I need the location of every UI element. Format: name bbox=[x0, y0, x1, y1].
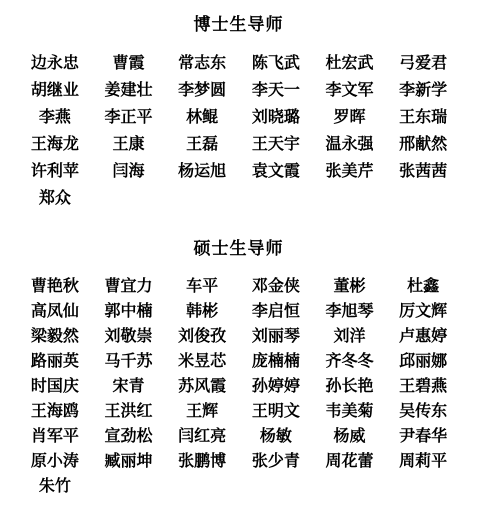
empty-cell bbox=[165, 185, 239, 212]
empty-cell bbox=[386, 474, 460, 499]
name-cell: 李正平 bbox=[92, 104, 166, 131]
name-cell: 刘晓璐 bbox=[239, 104, 313, 131]
name-cell: 孙长艳 bbox=[313, 374, 387, 399]
name-cell: 杨敏 bbox=[239, 424, 313, 449]
name-cell: 王康 bbox=[92, 131, 166, 158]
name-cell: 刘丽琴 bbox=[239, 324, 313, 349]
empty-cell bbox=[165, 474, 239, 499]
name-cell: 马千苏 bbox=[92, 349, 166, 374]
name-cell: 张少青 bbox=[239, 449, 313, 474]
name-cell: 闫海 bbox=[92, 158, 166, 185]
name-cell: 肖军平 bbox=[18, 424, 92, 449]
name-cell: 董彬 bbox=[313, 274, 387, 299]
name-cell: 尹春华 bbox=[386, 424, 460, 449]
name-cell: 闫红亮 bbox=[165, 424, 239, 449]
name-cell: 庞楠楠 bbox=[239, 349, 313, 374]
name-cell: 王碧燕 bbox=[386, 374, 460, 399]
name-cell: 时国庆 bbox=[18, 374, 92, 399]
name-cell: 李燕 bbox=[18, 104, 92, 131]
name-cell: 胡继业 bbox=[18, 77, 92, 104]
name-cell: 杨运旭 bbox=[165, 158, 239, 185]
name-cell: 郑众 bbox=[18, 185, 92, 212]
section-master-supervisors: 硕士生导师 曹艳秋曹宜力车平邓金侠董彬杜鑫高凤仙郭中楠韩彬李启恒李旭琴厉文辉梁毅… bbox=[0, 239, 477, 499]
empty-cell bbox=[239, 474, 313, 499]
name-cell: 常志东 bbox=[165, 50, 239, 77]
name-cell: 车平 bbox=[165, 274, 239, 299]
name-cell: 杜鑫 bbox=[386, 274, 460, 299]
name-cell: 邱丽娜 bbox=[386, 349, 460, 374]
name-cell: 杜宏武 bbox=[313, 50, 387, 77]
name-cell: 梁毅然 bbox=[18, 324, 92, 349]
name-cell: 李新学 bbox=[386, 77, 460, 104]
names-grid-master: 曹艳秋曹宜力车平邓金侠董彬杜鑫高凤仙郭中楠韩彬李启恒李旭琴厉文辉梁毅然刘敬崇刘俊… bbox=[18, 274, 460, 499]
name-cell: 刘敬崇 bbox=[92, 324, 166, 349]
name-cell: 宋青 bbox=[92, 374, 166, 399]
name-cell: 李梦圆 bbox=[165, 77, 239, 104]
name-cell: 宣劲松 bbox=[92, 424, 166, 449]
empty-cell bbox=[386, 185, 460, 212]
name-cell: 原小涛 bbox=[18, 449, 92, 474]
document-page: 博士生导师 边永忠曹霞常志东陈飞武杜宏武弓爱君胡继业姜建壮李梦圆李天一李文军李新… bbox=[0, 0, 477, 499]
name-cell: 米昱芯 bbox=[165, 349, 239, 374]
empty-cell bbox=[313, 185, 387, 212]
name-cell: 周莉平 bbox=[386, 449, 460, 474]
name-cell: 张鹏博 bbox=[165, 449, 239, 474]
name-cell: 曹艳秋 bbox=[18, 274, 92, 299]
name-cell: 卢惠婷 bbox=[386, 324, 460, 349]
name-cell: 王东瑞 bbox=[386, 104, 460, 131]
section-title-master: 硕士生导师 bbox=[0, 239, 477, 258]
name-cell: 张茜茜 bbox=[386, 158, 460, 185]
name-cell: 高凤仙 bbox=[18, 299, 92, 324]
name-cell: 许利苹 bbox=[18, 158, 92, 185]
name-cell: 王洪红 bbox=[92, 399, 166, 424]
name-cell: 路丽英 bbox=[18, 349, 92, 374]
section-doctoral-supervisors: 博士生导师 边永忠曹霞常志东陈飞武杜宏武弓爱君胡继业姜建壮李梦圆李天一李文军李新… bbox=[0, 15, 477, 212]
name-cell: 陈飞武 bbox=[239, 50, 313, 77]
name-cell: 臧丽坤 bbox=[92, 449, 166, 474]
empty-cell bbox=[239, 185, 313, 212]
name-cell: 王海龙 bbox=[18, 131, 92, 158]
name-cell: 孙婷婷 bbox=[239, 374, 313, 399]
name-cell: 林鲲 bbox=[165, 104, 239, 131]
name-cell: 李文军 bbox=[313, 77, 387, 104]
name-cell: 王辉 bbox=[165, 399, 239, 424]
name-cell: 罗晖 bbox=[313, 104, 387, 131]
name-cell: 弓爱君 bbox=[386, 50, 460, 77]
name-cell: 苏风霞 bbox=[165, 374, 239, 399]
name-cell: 张美芹 bbox=[313, 158, 387, 185]
name-cell: 邢献然 bbox=[386, 131, 460, 158]
empty-cell bbox=[313, 474, 387, 499]
name-cell: 李天一 bbox=[239, 77, 313, 104]
name-cell: 韩彬 bbox=[165, 299, 239, 324]
name-cell: 厉文辉 bbox=[386, 299, 460, 324]
name-cell: 吴传东 bbox=[386, 399, 460, 424]
name-cell: 韦美菊 bbox=[313, 399, 387, 424]
name-cell: 曹霞 bbox=[92, 50, 166, 77]
name-cell: 邓金侠 bbox=[239, 274, 313, 299]
name-cell: 王海鸥 bbox=[18, 399, 92, 424]
name-cell: 姜建壮 bbox=[92, 77, 166, 104]
name-cell: 温永强 bbox=[313, 131, 387, 158]
name-cell: 杨威 bbox=[313, 424, 387, 449]
name-cell: 曹宜力 bbox=[92, 274, 166, 299]
name-cell: 王磊 bbox=[165, 131, 239, 158]
name-cell: 王天宇 bbox=[239, 131, 313, 158]
empty-cell bbox=[92, 474, 166, 499]
name-cell: 刘俊孜 bbox=[165, 324, 239, 349]
names-grid-doctoral: 边永忠曹霞常志东陈飞武杜宏武弓爱君胡继业姜建壮李梦圆李天一李文军李新学李燕李正平… bbox=[18, 50, 460, 212]
name-cell: 刘洋 bbox=[313, 324, 387, 349]
name-cell: 李旭琴 bbox=[313, 299, 387, 324]
name-cell: 郭中楠 bbox=[92, 299, 166, 324]
empty-cell bbox=[92, 185, 166, 212]
name-cell: 朱竹 bbox=[18, 474, 92, 499]
name-cell: 李启恒 bbox=[239, 299, 313, 324]
name-cell: 边永忠 bbox=[18, 50, 92, 77]
name-cell: 齐冬冬 bbox=[313, 349, 387, 374]
section-title-doctoral: 博士生导师 bbox=[0, 15, 477, 34]
name-cell: 袁文霞 bbox=[239, 158, 313, 185]
name-cell: 周花蕾 bbox=[313, 449, 387, 474]
name-cell: 王明文 bbox=[239, 399, 313, 424]
